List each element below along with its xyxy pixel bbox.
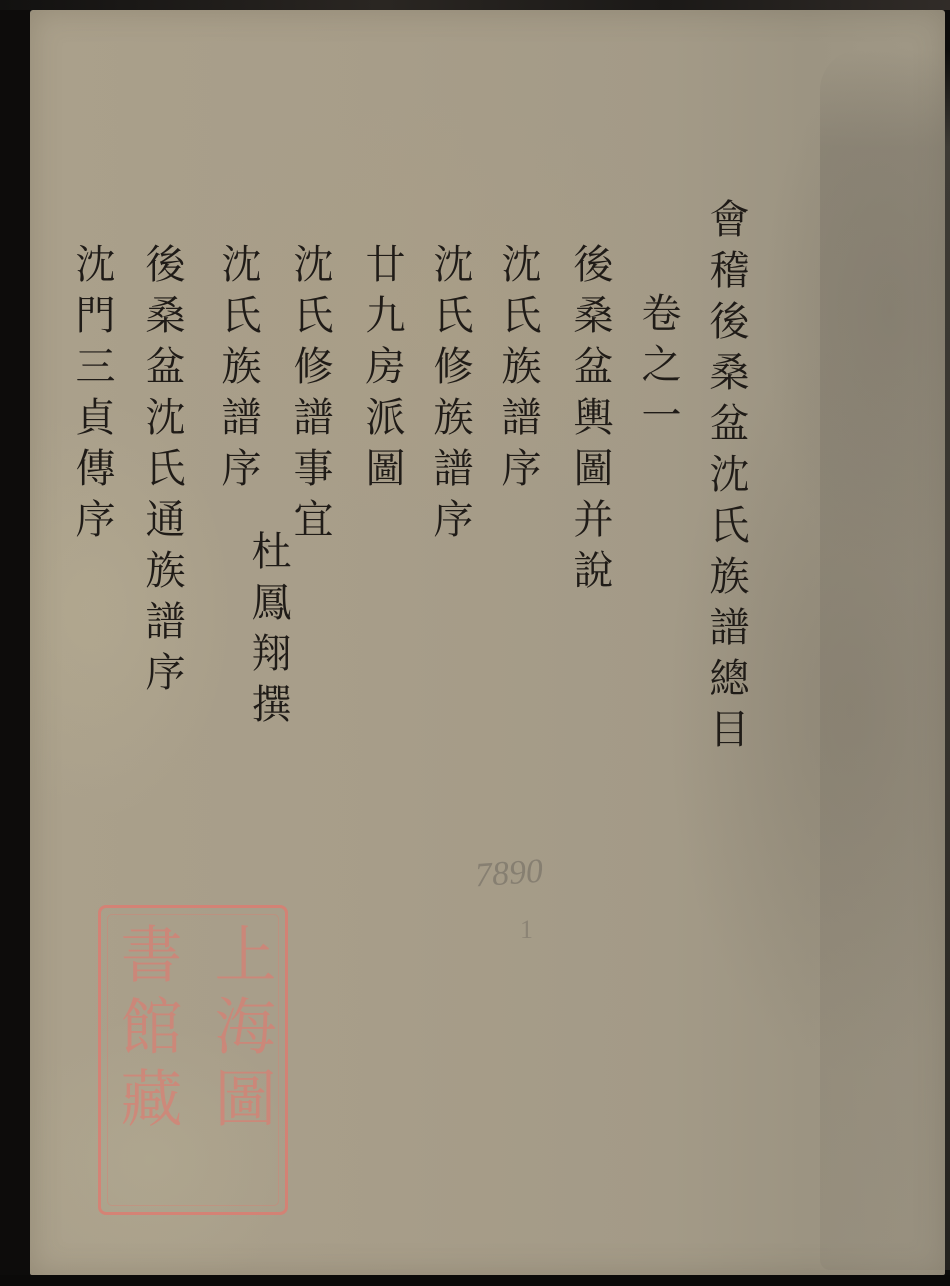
water-stain [820, 50, 950, 1270]
toc-item-map: 後桑盆輿圖并說 [570, 243, 610, 600]
library-seal: 上海圖 書館藏 [98, 905, 288, 1215]
seal-text-right: 上海圖 [209, 922, 271, 1138]
document-title: 會稽後桑盆沈氏族譜總目 [706, 198, 746, 759]
toc-item-author: 杜鳳翔撰 [248, 530, 288, 734]
toc-item-preface: 沈氏族譜序 [498, 243, 538, 498]
toc-item-lineage-chart: 廿九房派圖 [362, 243, 402, 498]
seal-text-left: 書館藏 [115, 922, 177, 1138]
toc-item-clan-preface: 沈氏族譜序 [218, 243, 258, 498]
pencil-accession-sub: 1 [520, 915, 533, 945]
scan-bottom-edge [0, 1275, 950, 1286]
scan-top-edge [0, 0, 950, 10]
pencil-accession-number: 7890 [474, 853, 544, 896]
toc-item-revision-preface: 沈氏修族譜序 [430, 243, 470, 549]
toc-item-revision-matters: 沈氏修譜事宜 [290, 243, 330, 549]
toc-item-whole-clan-preface: 後桑盆沈氏通族譜序 [142, 243, 182, 702]
toc-item-three-virtues-preface: 沈門三貞傳序 [72, 243, 112, 549]
volume-heading: 卷之一 [638, 292, 678, 445]
